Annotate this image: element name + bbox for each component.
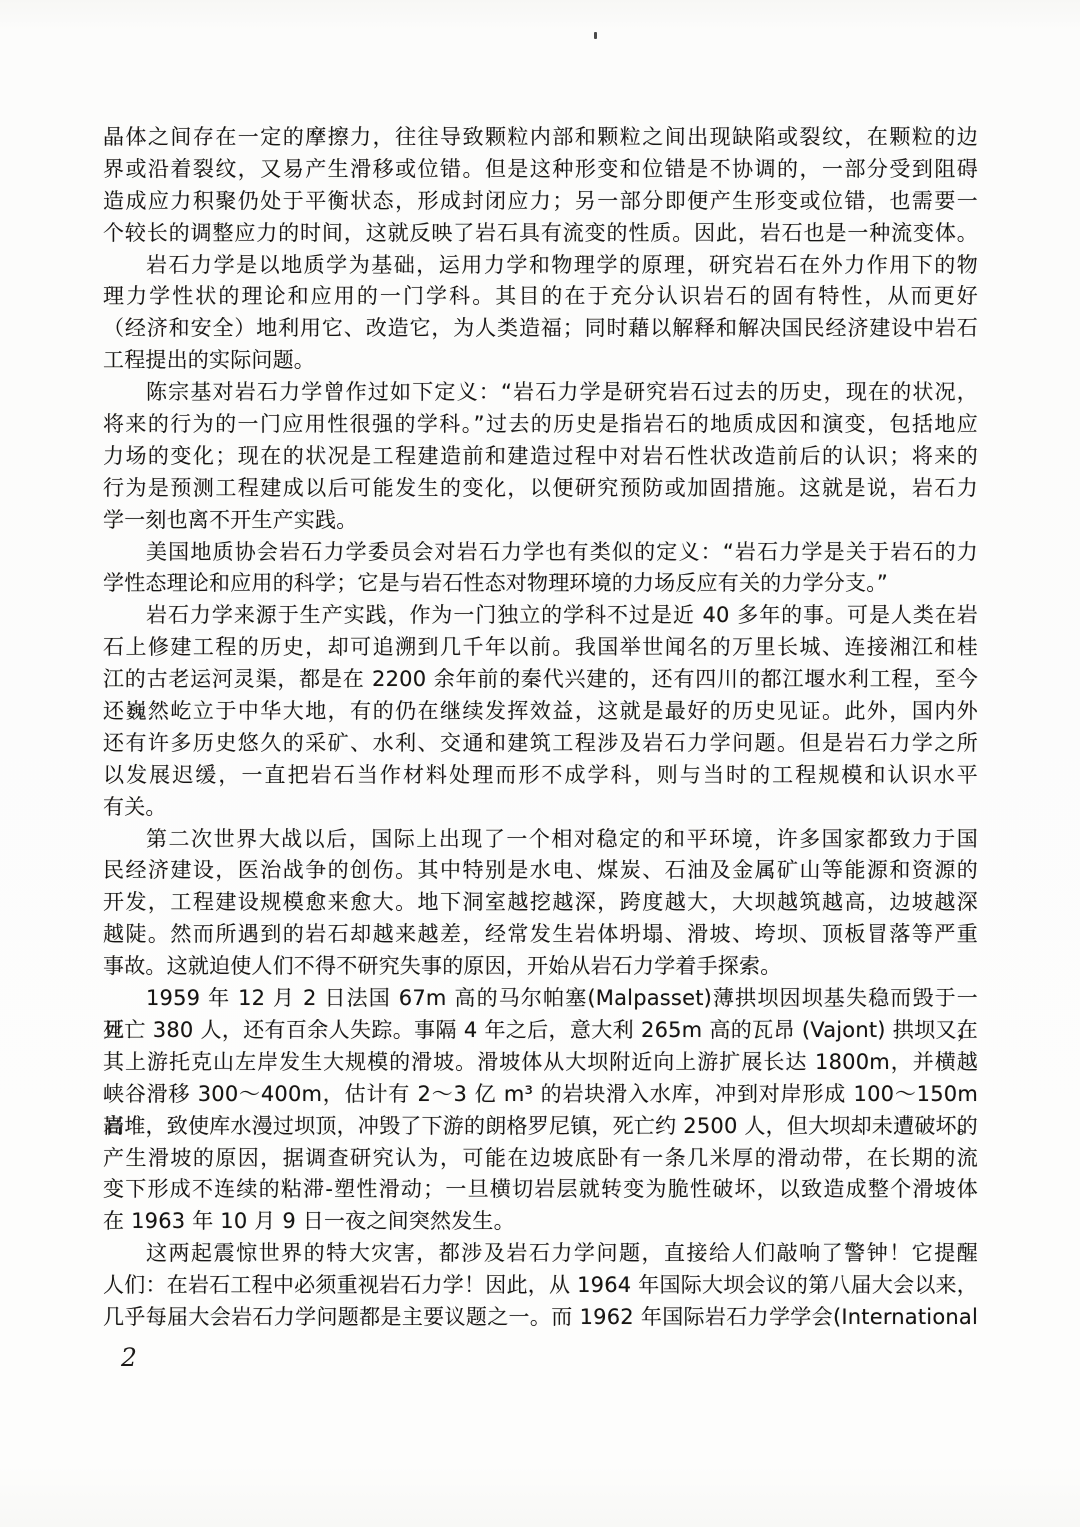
text-line: 以发展迟缓，一直把岩石当作材料处理而形不成学科，则与当时的工程规模和认识水平 (103, 760, 978, 792)
text-line: （经济和安全）地利用它、改造它，为人类造福；同时藉以解释和解决国民经济建设中岩石 (103, 313, 978, 345)
text-line: 陈宗基对岩石力学曾作过如下定义：“岩石力学是研究岩石过去的历史，现在的状况， (103, 377, 978, 409)
text-line: 晶体之间存在一定的摩擦力，往往导致颗粒内部和颗粒之间出现缺陷或裂纹，在颗粒的边 (103, 122, 978, 154)
text-line: 个较长的调整应力的时间，这就反映了岩石具有流变的性质。因此，岩石也是一种流变体。 (103, 218, 978, 250)
text-line: 人们：在岩石工程中必须重视岩石力学！因此，从 1964 年国际大坝会议的第八届大… (103, 1270, 978, 1302)
text-line: 将来的行为的一门应用性很强的学科。”过去的历史是指岩石的地质成因和演变，包括地应 (103, 409, 978, 441)
text-line: 江的古老运河灵渠，都是在 2200 余年前的秦代兴建的，还有四川的都江堰水利工程… (103, 664, 978, 696)
text-line: 行为是预测工程建成以后可能发生的变化，以便研究预防或加固措施。这就是说，岩石力 (103, 473, 978, 505)
page-number: 2 (121, 1343, 137, 1372)
text-line: 变下形成不连续的粘滞-塑性滑动；一旦横切岩层就转变为脆性破坏，以致造成整个滑坡体 (103, 1174, 978, 1206)
text-line: 几乎每届大会岩石力学问题都是主要议题之一。而 1962 年国际岩石力学学会(In… (103, 1302, 978, 1334)
text-line: 理力学性状的理论和应用的一门学科。其目的在于充分认识岩石的固有特性，从而更好 (103, 281, 978, 313)
text-block: 晶体之间存在一定的摩擦力，往往导致颗粒内部和颗粒之间出现缺陷或裂纹，在颗粒的边界… (103, 122, 978, 1334)
text-line: 岩石力学来源于生产实践，作为一门独立的学科不过是近 40 多年的事。可是人类在岩 (103, 600, 978, 632)
scan-speck-artifact (594, 32, 597, 39)
text-line: 还有许多历史悠久的采矿、水利、交通和建筑工程涉及岩石力学问题。但是岩石力学之所 (103, 728, 978, 760)
text-line: 学一刻也离不开生产实践。 (103, 505, 978, 537)
text-line: 事故。这就迫使人们不得不研究失事的原因，开始从岩石力学着手探索。 (103, 951, 978, 983)
text-line: 其上游托克山左岸发生大规模的滑坡。滑坡体从大坝附近向上游扩展长达 1800m，并… (103, 1047, 978, 1079)
text-line: 还巍然屹立于中华大地，有的仍在继续发挥效益，这就是最好的历史见证。此外，国内外 (103, 696, 978, 728)
text-line: 死亡 380 人，还有百余人失踪。事隔 4 年之后，意大利 265m 高的瓦昂 … (103, 1015, 978, 1047)
text-line: 越陡。然而所遇到的岩石却越来越差，经常发生岩体坍塌、滑坡、垮坝、顶板冒落等严重 (103, 919, 978, 951)
text-line: 开发，工程建设规模愈来愈大。地下洞室越挖越深，跨度越大，大坝越筑越高，边坡越深 (103, 887, 978, 919)
text-line: 在 1963 年 10 月 9 日一夜之间突然发生。 (103, 1206, 978, 1238)
scanned-book-page: 晶体之间存在一定的摩擦力，往往导致颗粒内部和颗粒之间出现缺陷或裂纹，在颗粒的边界… (0, 0, 1080, 1527)
text-line: 民经济建设，医治战争的创伤。其中特别是水电、煤炭、石油及金属矿山等能源和资源的 (103, 855, 978, 887)
text-line: 界或沿着裂纹，又易产生滑移或位错。但是这种形变和位错是不协调的，一部分受到阻碍 (103, 154, 978, 186)
text-line: 岩堆，致使库水漫过坝顶，冲毁了下游的朗格罗尼镇，死亡约 2500 人，但大坝却未… (103, 1111, 978, 1143)
text-line: 力场的变化；现在的状况是工程建造前和建造过程中对岩石性状改造前后的认识；将来的 (103, 441, 978, 473)
text-line: 1959 年 12 月 2 日法国 67m 高的马尔帕塞(Malpasset)薄… (103, 983, 978, 1015)
text-line: 岩石力学是以地质学为基础，运用力学和物理学的原理，研究岩石在外力作用下的物 (103, 250, 978, 282)
text-line: 美国地质协会岩石力学委员会对岩石力学也有类似的定义：“岩石力学是关于岩石的力 (103, 537, 978, 569)
text-line: 工程提出的实际问题。 (103, 345, 978, 377)
text-line: 石上修建工程的历史，却可追溯到几千年以前。我国举世闻名的万里长城、连接湘江和桂 (103, 632, 978, 664)
text-line: 第二次世界大战以后，国际上出现了一个相对稳定的和平环境，许多国家都致力于国 (103, 824, 978, 856)
text-line: 产生滑坡的原因，据调查研究认为，可能在边坡底卧有一条几米厚的滑动带，在长期的流 (103, 1143, 978, 1175)
text-line: 峡谷滑移 300～400m，估计有 2～3 亿 m³ 的岩块滑入水库，冲到对岸形… (103, 1079, 978, 1111)
text-line: 有关。 (103, 792, 978, 824)
text-line: 学性态理论和应用的科学；它是与岩石性态对物理环境的力场反应有关的力学分支。” (103, 568, 978, 600)
text-line: 造成应力积聚仍处于平衡状态，形成封闭应力；另一部分即便产生形变或位错，也需要一 (103, 186, 978, 218)
text-line: 这两起震惊世界的特大灾害，都涉及岩石力学问题，直接给人们敲响了警钟！它提醒 (103, 1238, 978, 1270)
